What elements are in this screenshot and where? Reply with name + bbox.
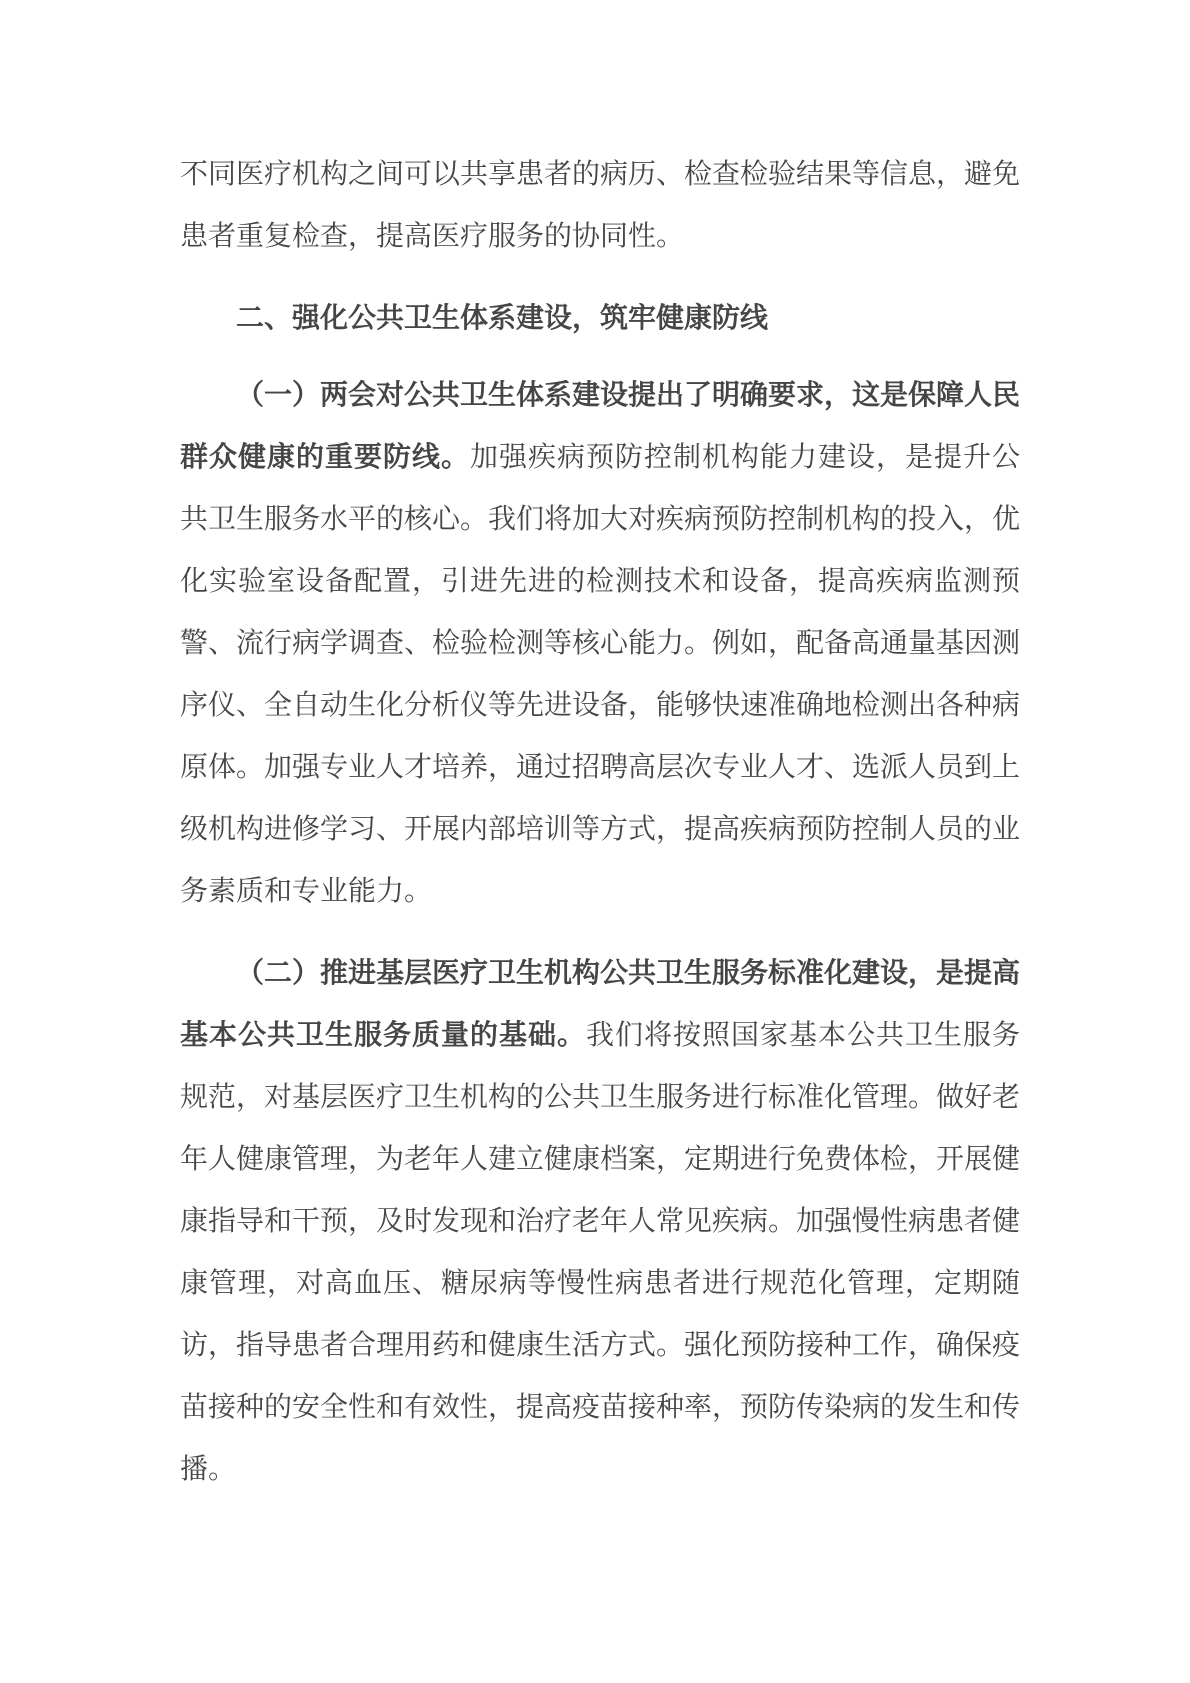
paragraph-1-body: 加强疾病预防控制机构能力建设，是提升公共卫生服务水平的核心。我们将加大对疾病预防… [180,442,1020,907]
paragraph-1: （一）两会对公共卫生体系建设提出了明确要求，这是保障人民群众健康的重要防线。加强… [180,365,1020,923]
document-page: 不同医疗机构之间可以共享患者的病历、检查检验结果等信息，避免患者重复检查，提高医… [0,0,1190,1683]
intro-paragraph: 不同医疗机构之间可以共享患者的病历、检查检验结果等信息，避免患者重复检查，提高医… [180,144,1020,268]
document-content: 不同医疗机构之间可以共享患者的病历、检查检验结果等信息，避免患者重复检查，提高医… [0,0,1190,1501]
paragraph-2: （二）推进基层医疗卫生机构公共卫生服务标准化建设，是提高基本公共卫生服务质量的基… [180,943,1020,1501]
paragraph-2-body: 我们将按照国家基本公共卫生服务规范，对基层医疗卫生机构的公共卫生服务进行标准化管… [180,1020,1020,1485]
section-heading: 二、强化公共卫生体系建设，筑牢健康防线 [180,288,1020,350]
